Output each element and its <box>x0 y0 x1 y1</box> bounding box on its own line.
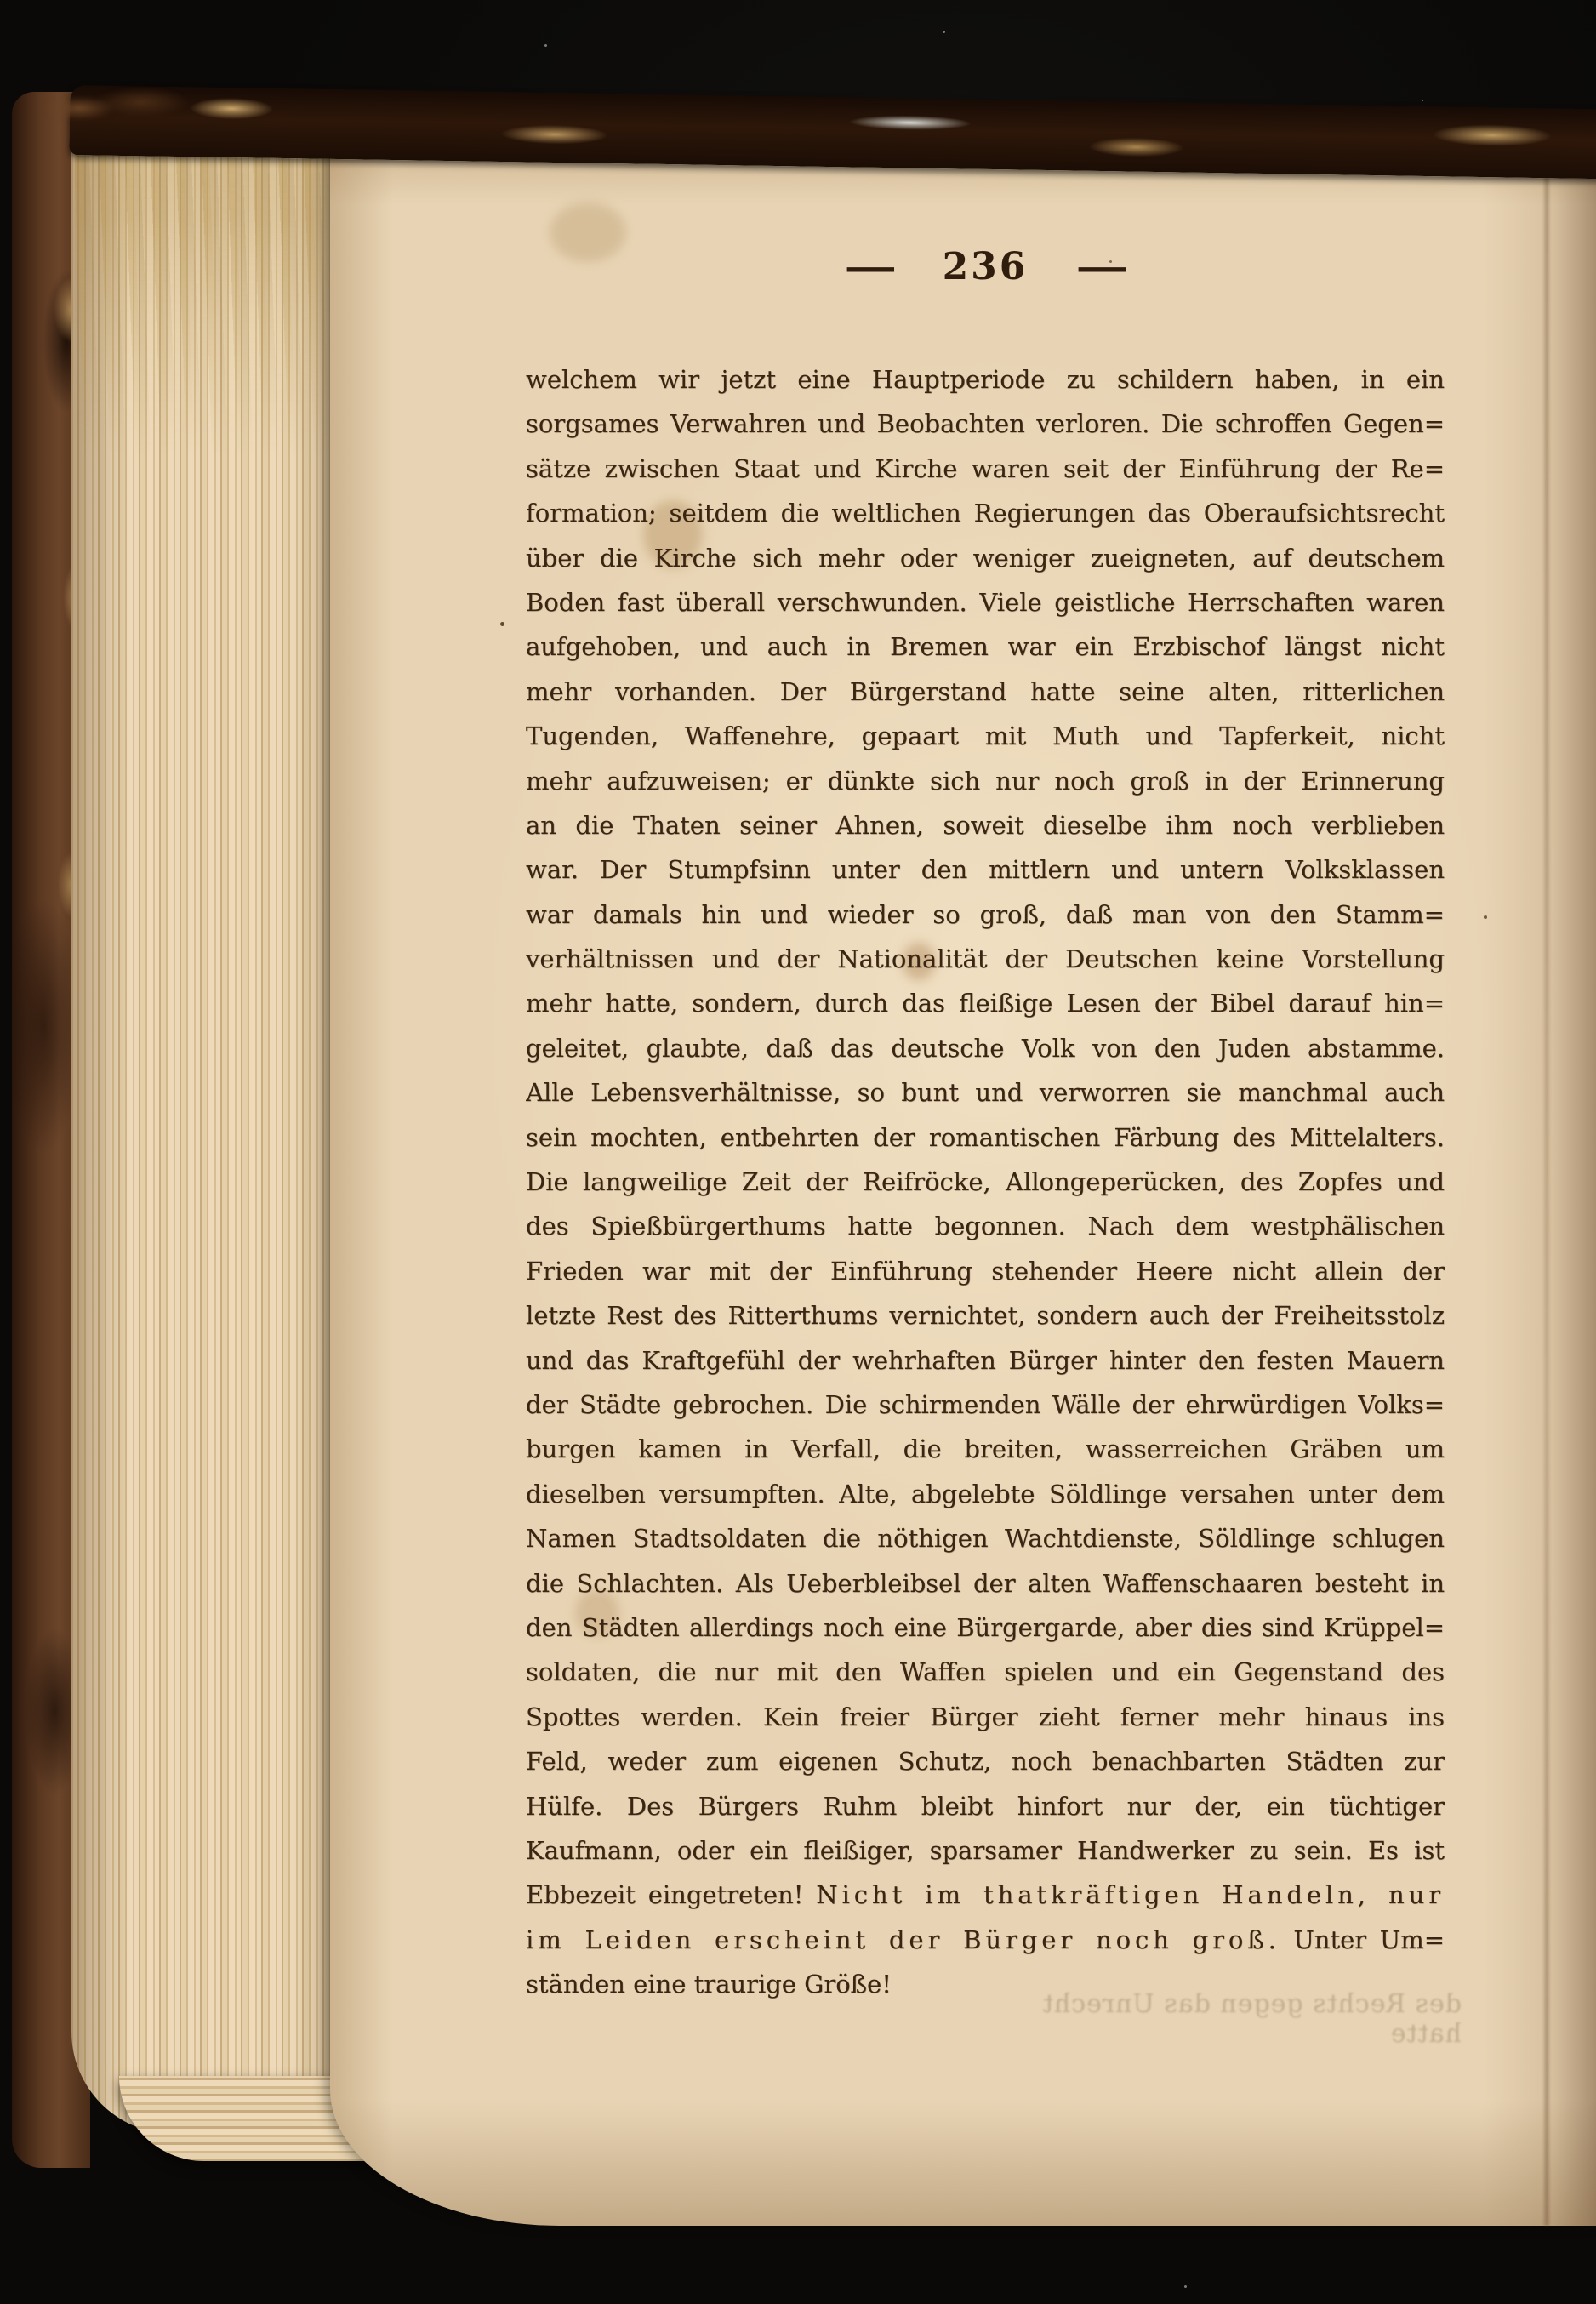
emphasized-text: im Leiden erscheint der Bürger noch groß… <box>526 1925 1280 1954</box>
text-segment: soldaten, die nur mit den Waffen spielen… <box>526 1657 1445 1686</box>
text-line: Frieden war mit der Einführung stehender… <box>526 1249 1445 1293</box>
text-line: Alle Lebensverhältnisse, so bunt und ver… <box>526 1070 1445 1115</box>
text-line: Spottes werden. Kein freier Bürger zieht… <box>526 1695 1445 1739</box>
text-segment: mehr vorhanden. Der Bürgerstand hatte se… <box>526 677 1445 706</box>
text-segment: an die Thaten seiner Ahnen, soweit diese… <box>526 811 1445 840</box>
text-segment: welchem wir jetzt eine Hauptperiode zu s… <box>526 365 1445 394</box>
text-segment: Spottes werden. Kein freier Bürger zieht… <box>526 1702 1445 1731</box>
text-segment: dieselben versumpften. Alte, abgelebte S… <box>526 1480 1445 1508</box>
text-line: über die Kirche sich mehr oder weniger z… <box>526 536 1445 580</box>
text-segment: den Städten allerdings noch eine Bürgerg… <box>526 1613 1445 1642</box>
text-segment: des Spießbürgerthums hatte begonnen. Nac… <box>526 1212 1445 1240</box>
text-segment: Hülfe. Des Bürgers Ruhm bleibt hinfort n… <box>526 1792 1445 1821</box>
ink-speck <box>1109 260 1112 263</box>
text-segment: Boden fast überall verschwunden. Viele g… <box>526 588 1445 617</box>
text-line: die Schlachten. Als Ueberbleibsel der al… <box>526 1561 1445 1605</box>
ink-speck <box>1484 915 1487 919</box>
page-header: — 236 — <box>526 243 1445 289</box>
text-line: mehr aufzuweisen; er dünkte sich nur noc… <box>526 759 1445 803</box>
text-segment: Ebbezeit eingetreten! <box>526 1880 816 1909</box>
text-segment: Feld, weder zum eigenen Schutz, noch ben… <box>526 1747 1445 1776</box>
text-line: soldaten, die nur mit den Waffen spielen… <box>526 1650 1445 1694</box>
text-segment: und das Kraftgefühl der wehrhaften Bürge… <box>526 1346 1445 1375</box>
text-line: mehr hatte, sondern, durch das fleißige … <box>526 981 1445 1025</box>
book-scan-photo: — 236 — welchem wir jetzt eine Hauptperi… <box>0 0 1596 2304</box>
text-line: welchem wir jetzt eine Hauptperiode zu s… <box>526 357 1445 402</box>
text-line: geleitet, glaubte, daß das deutsche Volk… <box>526 1026 1445 1070</box>
text-line: im Leiden erscheint der Bürger noch groß… <box>526 1918 1445 1962</box>
text-segment: über die Kirche sich mehr oder weniger z… <box>526 544 1445 573</box>
emphasized-text: Nicht im thatkräftigen Handeln, nur <box>816 1880 1445 1909</box>
show-through-text: des Rechts gegen das Unrecht hatte <box>1002 1989 1462 2049</box>
text-line: Hülfe. Des Bürgers Ruhm bleibt hinfort n… <box>526 1784 1445 1828</box>
text-segment: formation; seitdem die weltlichen Regier… <box>526 499 1445 528</box>
text-segment: Alle Lebensverhältnisse, so bunt und ver… <box>526 1078 1445 1107</box>
text-segment: war damals hin und wieder so groß, daß m… <box>526 900 1445 929</box>
text-block: welchem wir jetzt eine Hauptperiode zu s… <box>526 357 1445 2006</box>
text-segment: verhältnissen und der Nationalität der D… <box>526 944 1445 973</box>
text-line: Die langweilige Zeit der Reifröcke, Allo… <box>526 1160 1445 1204</box>
text-segment: ständen eine traurige Größe! <box>526 1970 892 1999</box>
text-line: und das Kraftgefühl der wehrhaften Bürge… <box>526 1338 1445 1383</box>
text-line: sätze zwischen Staat und Kirche waren se… <box>526 447 1445 491</box>
text-line: letzte Rest des Ritterthums vernichtet, … <box>526 1293 1445 1337</box>
text-line: verhältnissen und der Nationalität der D… <box>526 937 1445 981</box>
text-line: sein mochten, entbehrten der romantische… <box>526 1115 1445 1160</box>
text-segment: Unter Um= <box>1280 1925 1445 1954</box>
text-segment: war. Der Stumpfsinn unter den mittlern u… <box>526 855 1445 884</box>
gutter-crease <box>1545 143 1548 2226</box>
text-segment: sätze zwischen Staat und Kirche waren se… <box>526 454 1445 483</box>
header-dash-right: — <box>1076 243 1126 289</box>
text-line: Feld, weder zum eigenen Schutz, noch ben… <box>526 1739 1445 1783</box>
text-segment: mehr aufzuweisen; er dünkte sich nur noc… <box>526 767 1445 796</box>
text-segment: Kaufmann, oder ein fleißiger, sparsamer … <box>526 1836 1445 1865</box>
text-line: formation; seitdem die weltlichen Regier… <box>526 491 1445 535</box>
text-line: des Spießbürgerthums hatte begonnen. Nac… <box>526 1204 1445 1248</box>
dust-speck <box>544 44 547 47</box>
text-segment: Tugenden, Waffenehre, gepaart mit Muth u… <box>526 721 1445 750</box>
text-line: mehr vorhanden. Der Bürgerstand hatte se… <box>526 670 1445 714</box>
text-segment: Frieden war mit der Einführung stehender… <box>526 1257 1445 1286</box>
text-segment: sorgsames Verwahren und Beobachten verlo… <box>526 409 1445 438</box>
dust-speck <box>943 31 945 33</box>
book-page: — 236 — welchem wir jetzt eine Hauptperi… <box>330 143 1596 2226</box>
text-line: war damals hin und wieder so groß, daß m… <box>526 893 1445 937</box>
page-number: 236 <box>943 245 1029 288</box>
leather-fray <box>26 78 204 138</box>
text-segment: die Schlachten. Als Ueberbleibsel der al… <box>526 1569 1445 1598</box>
text-segment: geleitet, glaubte, daß das deutsche Volk… <box>526 1034 1445 1063</box>
text-line: den Städten allerdings noch eine Bürgerg… <box>526 1605 1445 1650</box>
text-segment: letzte Rest des Ritterthums vernichtet, … <box>526 1301 1445 1330</box>
text-line: Kaufmann, oder ein fleißiger, sparsamer … <box>526 1828 1445 1873</box>
text-segment: burgen kamen in Verfall, die breiten, wa… <box>526 1434 1445 1463</box>
ink-speck <box>500 622 504 626</box>
text-line: Boden fast überall verschwunden. Viele g… <box>526 580 1445 624</box>
header-dash-left: — <box>844 243 894 289</box>
text-line: sorgsames Verwahren und Beobachten verlo… <box>526 402 1445 446</box>
text-segment: aufgehoben, und auch in Bremen war ein E… <box>526 632 1445 661</box>
dust-speck <box>1422 100 1423 101</box>
text-line: der Städte gebrochen. Die schirmenden Wä… <box>526 1383 1445 1427</box>
text-line: aufgehoben, und auch in Bremen war ein E… <box>526 624 1445 669</box>
text-line: Namen Stadtsoldaten die nöthigen Wachtdi… <box>526 1516 1445 1560</box>
dust-speck <box>1184 2285 1187 2288</box>
text-line: an die Thaten seiner Ahnen, soweit diese… <box>526 803 1445 847</box>
text-line: burgen kamen in Verfall, die breiten, wa… <box>526 1427 1445 1471</box>
text-segment: der Städte gebrochen. Die schirmenden Wä… <box>526 1390 1445 1419</box>
text-line: Ebbezeit eingetreten! Nicht im thatkräft… <box>526 1873 1445 1917</box>
text-segment: mehr hatte, sondern, durch das fleißige … <box>526 989 1445 1018</box>
text-line: Tugenden, Waffenehre, gepaart mit Muth u… <box>526 714 1445 758</box>
text-segment: sein mochten, entbehrten der romantische… <box>526 1123 1445 1152</box>
text-segment: Die langweilige Zeit der Reifröcke, Allo… <box>526 1167 1445 1196</box>
text-segment: Namen Stadtsoldaten die nöthigen Wachtdi… <box>526 1524 1445 1553</box>
text-line: dieselben versumpften. Alte, abgelebte S… <box>526 1472 1445 1516</box>
text-line: war. Der Stumpfsinn unter den mittlern u… <box>526 847 1445 892</box>
